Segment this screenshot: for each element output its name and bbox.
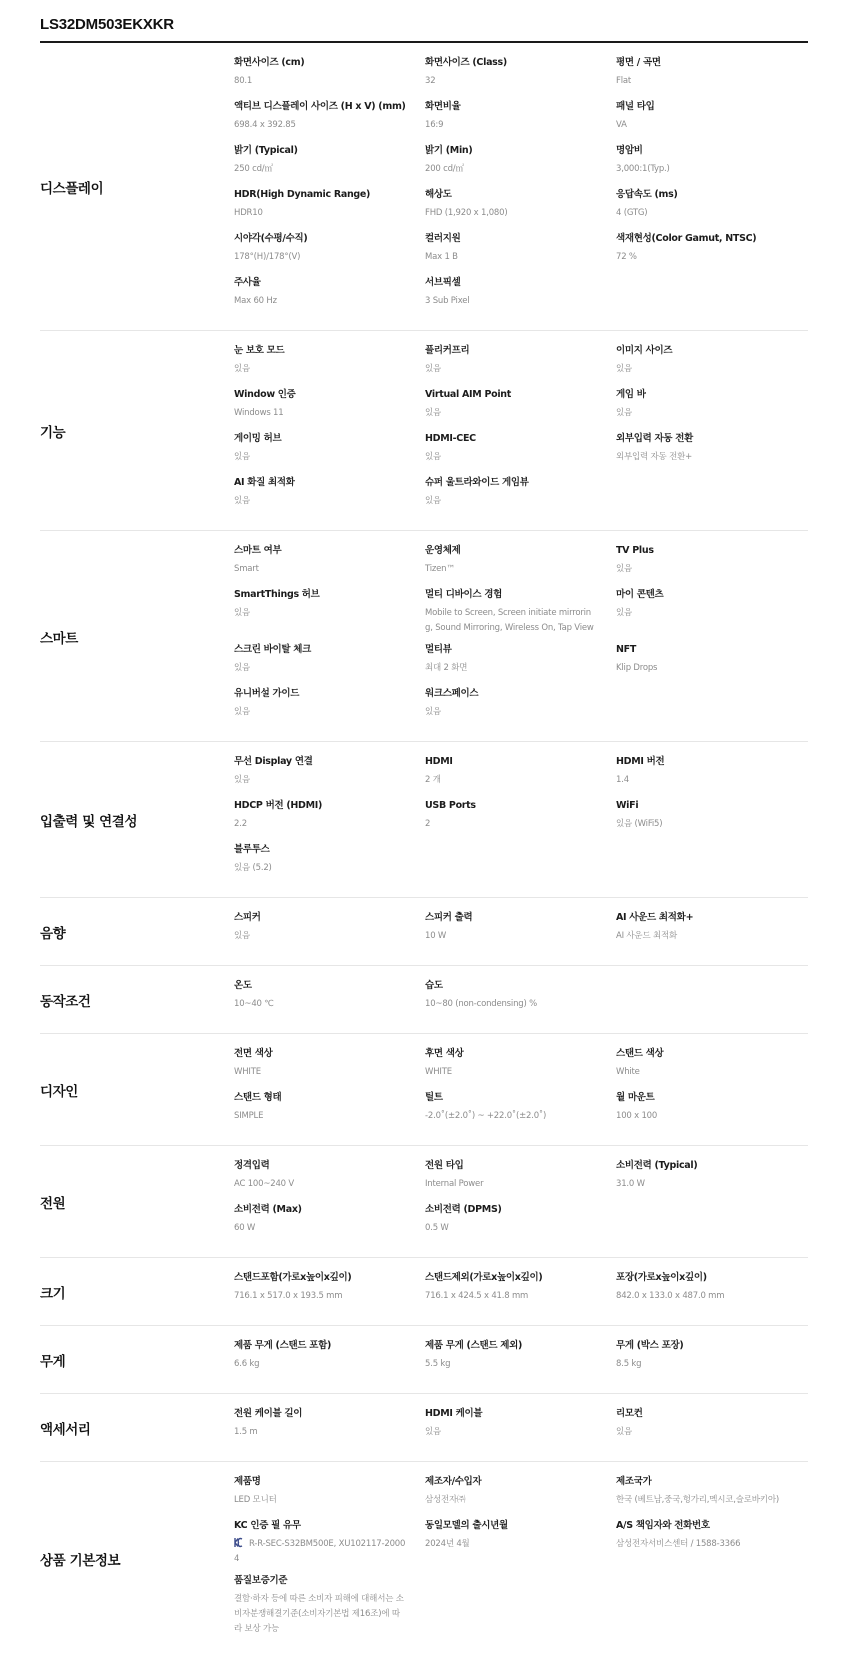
spec-item: 명암비3,000:1(Typ.) <box>616 143 808 187</box>
spec-label: 월 마운트 <box>616 1090 790 1105</box>
spec-value: 842.0 x 133.0 x 487.0 mm <box>616 1289 790 1304</box>
spec-value: 10~40 ℃ <box>234 997 407 1012</box>
spec-label: 워크스페이스 <box>425 686 598 701</box>
spec-item: AI 화질 최적화있음 <box>234 475 425 519</box>
spec-label: WiFi <box>616 798 790 813</box>
spec-item: 무게 (박스 포장)8.5 kg <box>616 1338 808 1382</box>
spec-value: 72 % <box>616 250 790 265</box>
spec-value: 있음 <box>616 606 790 621</box>
spec-value: Windows 11 <box>234 406 407 421</box>
spec-label: SmartThings 허브 <box>234 587 407 602</box>
spec-label: 시야각(수평/수직) <box>234 231 407 246</box>
spec-label: 소비전력 (DPMS) <box>425 1202 598 1217</box>
spec-label: 소비전력 (Typical) <box>616 1158 790 1173</box>
spec-label: 품질보증기준 <box>234 1573 407 1588</box>
spec-label: 슈퍼 울트라와이드 게임뷰 <box>425 475 598 490</box>
spec-item: 밝기 (Min)200 cd/㎡ <box>425 143 616 187</box>
spec-value: 2024년 4월 <box>425 1537 598 1552</box>
spec-value: 6.6 kg <box>234 1357 407 1372</box>
spec-value: 0.5 W <box>425 1221 598 1236</box>
spec-value: 5.5 kg <box>425 1357 598 1372</box>
spec-item: 스크린 바이탈 체크있음 <box>234 642 425 686</box>
spec-value: 있음 <box>425 705 598 720</box>
spec-value: Max 1 B <box>425 250 598 265</box>
spec-item: 온도10~40 ℃ <box>234 978 425 1022</box>
spec-section: 음향스피커있음스피커 출력10 WAI 사운드 최적화+AI 사운드 최적화 <box>40 898 808 966</box>
spec-value: -2.0˚(±2.0˚) ~ +22.0˚(±2.0˚) <box>425 1109 598 1124</box>
spec-value: 있음 <box>425 1425 598 1440</box>
spec-label: 스탠드 형태 <box>234 1090 407 1105</box>
section-heading: 기능 <box>40 343 234 519</box>
section-heading: 액세서리 <box>40 1406 234 1450</box>
spec-label: USB Ports <box>425 798 598 813</box>
spec-label: 멀티뷰 <box>425 642 598 657</box>
spec-item: 전면 색상WHITE <box>234 1046 425 1090</box>
spec-item: 외부입력 자동 전환외부입력 자동 전환+ <box>616 431 808 475</box>
spec-item: 화면사이즈 (Class)32 <box>425 55 616 99</box>
section-heading: 입출력 및 연결성 <box>40 754 234 886</box>
spec-grid: 스탠드포함(가로x높이x깊이)716.1 x 517.0 x 193.5 mm스… <box>234 1270 808 1314</box>
spec-item: 멀티뷰최대 2 화면 <box>425 642 616 686</box>
spec-label: 전원 케이블 길이 <box>234 1406 407 1421</box>
spec-item: 게임 바있음 <box>616 387 808 431</box>
spec-label: 마이 콘텐츠 <box>616 587 790 602</box>
spec-value: 있음 <box>234 362 407 377</box>
spec-item: A/S 책임자와 전화번호삼성전자서비스센터 / 1588-3366 <box>616 1518 808 1573</box>
model-title: LS32DM503EKXKR <box>40 0 808 41</box>
spec-label: HDMI-CEC <box>425 431 598 446</box>
spec-item: TV Plus있음 <box>616 543 808 587</box>
spec-value: 250 cd/㎡ <box>234 162 407 177</box>
spec-value: 4 (GTG) <box>616 206 790 221</box>
section-heading: 크기 <box>40 1270 234 1314</box>
spec-item: 서브픽셀3 Sub Pixel <box>425 275 616 319</box>
spec-item: HDMI2 개 <box>425 754 616 798</box>
spec-item: 플리커프리있음 <box>425 343 616 387</box>
spec-grid: 제품명LED 모니터제조자/수입자삼성전자㈜제조국가한국 (베트남,중국,헝가리… <box>234 1474 808 1643</box>
spec-value: 60 W <box>234 1221 407 1236</box>
spec-value: 10~80 (non-condensing) % <box>425 997 598 1012</box>
spec-item: 품질보증기준결함·하자 등에 따른 소비자 피해에 대해서는 소비자분쟁해결기준… <box>234 1573 425 1643</box>
spec-label: 스크린 바이탈 체크 <box>234 642 407 657</box>
spec-label: 유니버설 가이드 <box>234 686 407 701</box>
spec-label: 제품명 <box>234 1474 407 1489</box>
spec-label: 온도 <box>234 978 407 993</box>
spec-section: 디자인전면 색상WHITE후면 색상WHITE스탠드 색상White스탠드 형태… <box>40 1034 808 1146</box>
spec-item: 눈 보호 모드있음 <box>234 343 425 387</box>
spec-item: 해상도FHD (1,920 x 1,080) <box>425 187 616 231</box>
spec-item: Window 인증Windows 11 <box>234 387 425 431</box>
spec-value: 16:9 <box>425 118 598 133</box>
spec-item: 정격입력AC 100~240 V <box>234 1158 425 1202</box>
spec-label: KC 인증 필 유무 <box>234 1518 407 1533</box>
spec-section: 입출력 및 연결성무선 Display 연결있음HDMI2 개HDMI 버전1.… <box>40 742 808 898</box>
spec-value: LED 모니터 <box>234 1493 407 1508</box>
spec-grid: 무선 Display 연결있음HDMI2 개HDMI 버전1.4HDCP 버전 … <box>234 754 808 886</box>
spec-item: 스피커있음 <box>234 910 425 954</box>
spec-value: SIMPLE <box>234 1109 407 1124</box>
spec-label: HDMI <box>425 754 598 769</box>
spec-value: 200 cd/㎡ <box>425 162 598 177</box>
spec-value: White <box>616 1065 790 1080</box>
spec-item: 월 마운트100 x 100 <box>616 1090 808 1134</box>
spec-value: 있음 <box>234 661 407 676</box>
spec-value: 최대 2 화면 <box>425 661 598 676</box>
spec-item: 스탠드 색상White <box>616 1046 808 1090</box>
spec-value: 있음 <box>425 362 598 377</box>
spec-item: 전원 케이블 길이1.5 m <box>234 1406 425 1450</box>
spec-label: 스탠드포함(가로x높이x깊이) <box>234 1270 407 1285</box>
spec-label: 서브픽셀 <box>425 275 598 290</box>
spec-value: 있음 <box>234 773 407 788</box>
spec-value: 3 Sub Pixel <box>425 294 598 309</box>
spec-value: VA <box>616 118 790 133</box>
spec-label: 블루투스 <box>234 842 407 857</box>
spec-label: 화면비율 <box>425 99 598 114</box>
spec-value: 있음 <box>616 562 790 577</box>
spec-label: 액티브 디스플레이 사이즈 (H x V) (mm) <box>234 99 407 114</box>
spec-label: 플리커프리 <box>425 343 598 358</box>
spec-value: FHD (1,920 x 1,080) <box>425 206 598 221</box>
spec-value: Klip Drops <box>616 661 790 676</box>
spec-value: 178°(H)/178°(V) <box>234 250 407 265</box>
spec-label: 스피커 <box>234 910 407 925</box>
spec-grid: 스피커있음스피커 출력10 WAI 사운드 최적화+AI 사운드 최적화 <box>234 910 808 954</box>
spec-value: 2.2 <box>234 817 407 832</box>
spec-value: WHITE <box>425 1065 598 1080</box>
spec-value: 8.5 kg <box>616 1357 790 1372</box>
spec-item: SmartThings 허브있음 <box>234 587 425 642</box>
spec-item: 액티브 디스플레이 사이즈 (H x V) (mm)698.4 x 392.85 <box>234 99 425 143</box>
spec-label: 스마트 여부 <box>234 543 407 558</box>
spec-label: 컬러지원 <box>425 231 598 246</box>
section-heading: 동작조건 <box>40 978 234 1022</box>
spec-item: 제조국가한국 (베트남,중국,헝가리,멕시코,슬로바키아) <box>616 1474 808 1518</box>
spec-item: 틸트-2.0˚(±2.0˚) ~ +22.0˚(±2.0˚) <box>425 1090 616 1134</box>
spec-label: 전원 타입 <box>425 1158 598 1173</box>
spec-value: Mobile to Screen, Screen initiate mirror… <box>425 606 598 636</box>
spec-label: 동일모델의 출시년월 <box>425 1518 598 1533</box>
spec-value: 있음 <box>234 494 407 509</box>
spec-label: 색재현성(Color Gamut, NTSC) <box>616 231 790 246</box>
spec-item: 전원 타입Internal Power <box>425 1158 616 1202</box>
spec-value: WHITE <box>234 1065 407 1080</box>
spec-value: 716.1 x 517.0 x 193.5 mm <box>234 1289 407 1304</box>
spec-label: HDMI 버전 <box>616 754 790 769</box>
spec-value: 있음 (5.2) <box>234 861 407 876</box>
spec-item: 리모컨있음 <box>616 1406 808 1450</box>
spec-value: 삼성전자㈜ <box>425 1493 598 1508</box>
spec-value: 있음 <box>234 606 407 621</box>
spec-item: AI 사운드 최적화+AI 사운드 최적화 <box>616 910 808 954</box>
spec-label: AI 화질 최적화 <box>234 475 407 490</box>
spec-item: 동일모델의 출시년월2024년 4월 <box>425 1518 616 1573</box>
spec-item: HDMI-CEC있음 <box>425 431 616 475</box>
spec-label: 눈 보호 모드 <box>234 343 407 358</box>
spec-item: 소비전력 (Typical)31.0 W <box>616 1158 808 1202</box>
spec-label: 화면사이즈 (Class) <box>425 55 598 70</box>
spec-section: 크기스탠드포함(가로x높이x깊이)716.1 x 517.0 x 193.5 m… <box>40 1258 808 1326</box>
spec-item: 제조자/수입자삼성전자㈜ <box>425 1474 616 1518</box>
spec-label: 포장(가로x높이x깊이) <box>616 1270 790 1285</box>
spec-sheet: LS32DM503EKXKR 디스플레이화면사이즈 (cm)80.1화면사이즈 … <box>40 0 808 1654</box>
spec-label: 평면 / 곡면 <box>616 55 790 70</box>
spec-label: 운영체제 <box>425 543 598 558</box>
spec-item: 후면 색상WHITE <box>425 1046 616 1090</box>
spec-item: NFTKlip Drops <box>616 642 808 686</box>
spec-section: 기능눈 보호 모드있음플리커프리있음이미지 사이즈있음Window 인증Wind… <box>40 331 808 531</box>
spec-value: 있음 <box>616 1425 790 1440</box>
spec-item: 화면사이즈 (cm)80.1 <box>234 55 425 99</box>
spec-label: 무선 Display 연결 <box>234 754 407 769</box>
spec-item: HDMI 버전1.4 <box>616 754 808 798</box>
spec-label: 게이밍 허브 <box>234 431 407 446</box>
spec-value: 삼성전자서비스센터 / 1588-3366 <box>616 1537 790 1552</box>
spec-value: 2 <box>425 817 598 832</box>
spec-item: 응답속도 (ms)4 (GTG) <box>616 187 808 231</box>
spec-item: 주사율Max 60 Hz <box>234 275 425 319</box>
spec-label: NFT <box>616 642 790 657</box>
spec-item: 멀티 디바이스 경험Mobile to Screen, Screen initi… <box>425 587 616 642</box>
spec-item: HDR(High Dynamic Range)HDR10 <box>234 187 425 231</box>
spec-value: Internal Power <box>425 1177 598 1192</box>
spec-label: HDR(High Dynamic Range) <box>234 187 407 202</box>
spec-item: 블루투스있음 (5.2) <box>234 842 425 886</box>
spec-item: 스탠드 형태SIMPLE <box>234 1090 425 1134</box>
spec-section: 전원정격입력AC 100~240 V전원 타입Internal Power소비전… <box>40 1146 808 1258</box>
spec-value: 1.5 m <box>234 1425 407 1440</box>
spec-value: 있음 <box>425 406 598 421</box>
spec-label: Virtual AIM Point <box>425 387 598 402</box>
spec-value: 외부입력 자동 전환+ <box>616 450 790 465</box>
spec-item: 시야각(수평/수직)178°(H)/178°(V) <box>234 231 425 275</box>
spec-item: 패널 타입VA <box>616 99 808 143</box>
spec-grid: 전원 케이블 길이1.5 mHDMI 케이블있음리모컨있음 <box>234 1406 808 1450</box>
section-heading: 상품 기본정보 <box>40 1474 234 1643</box>
spec-grid: 화면사이즈 (cm)80.1화면사이즈 (Class)32평면 / 곡면Flat… <box>234 55 808 319</box>
spec-label: 스탠드 색상 <box>616 1046 790 1061</box>
spec-label: 응답속도 (ms) <box>616 187 790 202</box>
spec-item: 제품 무게 (스탠드 제외)5.5 kg <box>425 1338 616 1382</box>
spec-value: 1.4 <box>616 773 790 788</box>
spec-item: 운영체제Tizen™ <box>425 543 616 587</box>
spec-item: 화면비율16:9 <box>425 99 616 143</box>
spec-item: 포장(가로x높이x깊이)842.0 x 133.0 x 487.0 mm <box>616 1270 808 1314</box>
spec-value: HDR10 <box>234 206 407 221</box>
spec-label: 밝기 (Typical) <box>234 143 407 158</box>
spec-item: HDCP 버전 (HDMI)2.2 <box>234 798 425 842</box>
spec-label: 정격입력 <box>234 1158 407 1173</box>
spec-label: 제조국가 <box>616 1474 790 1489</box>
spec-item: 습도10~80 (non-condensing) % <box>425 978 616 1022</box>
spec-item: 스탠드포함(가로x높이x깊이)716.1 x 517.0 x 193.5 mm <box>234 1270 425 1314</box>
spec-label: A/S 책임자와 전화번호 <box>616 1518 790 1533</box>
spec-label: 습도 <box>425 978 598 993</box>
spec-item: USB Ports2 <box>425 798 616 842</box>
spec-value: Max 60 Hz <box>234 294 407 309</box>
spec-label: AI 사운드 최적화+ <box>616 910 790 925</box>
spec-item: 제품 무게 (스탠드 포함)6.6 kg <box>234 1338 425 1382</box>
spec-value: 698.4 x 392.85 <box>234 118 407 133</box>
spec-item: KC 인증 필 유무R-R-SEC-S32BM500E, XU102117-20… <box>234 1518 425 1573</box>
spec-item: 평면 / 곡면Flat <box>616 55 808 99</box>
spec-grid: 눈 보호 모드있음플리커프리있음이미지 사이즈있음Window 인증Window… <box>234 343 808 519</box>
spec-value: 31.0 W <box>616 1177 790 1192</box>
spec-value: Tizen™ <box>425 562 598 577</box>
spec-value: 있음 <box>425 450 598 465</box>
spec-section: 무게제품 무게 (스탠드 포함)6.6 kg제품 무게 (스탠드 제외)5.5 … <box>40 1326 808 1394</box>
spec-section: 디스플레이화면사이즈 (cm)80.1화면사이즈 (Class)32평면 / 곡… <box>40 43 808 331</box>
spec-label: Window 인증 <box>234 387 407 402</box>
spec-label: 스피커 출력 <box>425 910 598 925</box>
spec-item: Virtual AIM Point있음 <box>425 387 616 431</box>
section-heading: 전원 <box>40 1158 234 1246</box>
spec-label: 이미지 사이즈 <box>616 343 790 358</box>
spec-item: 소비전력 (Max)60 W <box>234 1202 425 1246</box>
spec-value: 있음 (WiFi5) <box>616 817 790 832</box>
spec-item: 슈퍼 울트라와이드 게임뷰있음 <box>425 475 616 519</box>
spec-item: HDMI 케이블있음 <box>425 1406 616 1450</box>
spec-label: 틸트 <box>425 1090 598 1105</box>
spec-item: 색재현성(Color Gamut, NTSC)72 % <box>616 231 808 275</box>
spec-value: 80.1 <box>234 74 407 89</box>
spec-value: R-R-SEC-S32BM500E, XU102117-20004 <box>234 1537 407 1567</box>
spec-item: 스마트 여부Smart <box>234 543 425 587</box>
spec-label: 외부입력 자동 전환 <box>616 431 790 446</box>
section-heading: 스마트 <box>40 543 234 730</box>
spec-label: 멀티 디바이스 경험 <box>425 587 598 602</box>
spec-label: 화면사이즈 (cm) <box>234 55 407 70</box>
spec-grid: 스마트 여부Smart운영체제Tizen™TV Plus있음SmartThing… <box>234 543 808 730</box>
section-heading: 디자인 <box>40 1046 234 1134</box>
spec-item: 스탠드제외(가로x높이x깊이)716.1 x 424.5 x 41.8 mm <box>425 1270 616 1314</box>
spec-value: 3,000:1(Typ.) <box>616 162 790 177</box>
spec-label: HDCP 버전 (HDMI) <box>234 798 407 813</box>
section-heading: 음향 <box>40 910 234 954</box>
spec-label: 명암비 <box>616 143 790 158</box>
spec-item: WiFi있음 (WiFi5) <box>616 798 808 842</box>
spec-label: 후면 색상 <box>425 1046 598 1061</box>
spec-item: 유니버설 가이드있음 <box>234 686 425 730</box>
spec-value: 32 <box>425 74 598 89</box>
spec-value: 있음 <box>234 705 407 720</box>
spec-item: 워크스페이스있음 <box>425 686 616 730</box>
spec-value: 716.1 x 424.5 x 41.8 mm <box>425 1289 598 1304</box>
spec-item: 마이 콘텐츠있음 <box>616 587 808 642</box>
spec-label: 스탠드제외(가로x높이x깊이) <box>425 1270 598 1285</box>
spec-label: 주사율 <box>234 275 407 290</box>
spec-value: Smart <box>234 562 407 577</box>
spec-section: 스마트스마트 여부Smart운영체제Tizen™TV Plus있음SmartTh… <box>40 531 808 742</box>
spec-label: 리모컨 <box>616 1406 790 1421</box>
spec-item: 컬러지원Max 1 B <box>425 231 616 275</box>
spec-value: 2 개 <box>425 773 598 788</box>
spec-item: 이미지 사이즈있음 <box>616 343 808 387</box>
spec-label: 제품 무게 (스탠드 포함) <box>234 1338 407 1353</box>
spec-label: 해상도 <box>425 187 598 202</box>
spec-value: AC 100~240 V <box>234 1177 407 1192</box>
spec-label: 제품 무게 (스탠드 제외) <box>425 1338 598 1353</box>
spec-label: 소비전력 (Max) <box>234 1202 407 1217</box>
spec-item: 스피커 출력10 W <box>425 910 616 954</box>
spec-grid: 온도10~40 ℃습도10~80 (non-condensing) % <box>234 978 808 1022</box>
spec-value: 있음 <box>616 406 790 421</box>
spec-sections: 디스플레이화면사이즈 (cm)80.1화면사이즈 (Class)32평면 / 곡… <box>40 43 808 1654</box>
spec-value: 결함·하자 등에 따른 소비자 피해에 대해서는 소비자분쟁해결기준(소비자기본… <box>234 1592 407 1637</box>
spec-grid: 전면 색상WHITE후면 색상WHITE스탠드 색상White스탠드 형태SIM… <box>234 1046 808 1134</box>
spec-label: 밝기 (Min) <box>425 143 598 158</box>
spec-label: TV Plus <box>616 543 790 558</box>
spec-value: Flat <box>616 74 790 89</box>
spec-section: 액세서리전원 케이블 길이1.5 mHDMI 케이블있음리모컨있음 <box>40 1394 808 1462</box>
spec-section: 상품 기본정보제품명LED 모니터제조자/수입자삼성전자㈜제조국가한국 (베트남… <box>40 1462 808 1654</box>
spec-item: 제품명LED 모니터 <box>234 1474 425 1518</box>
spec-value: 한국 (베트남,중국,헝가리,멕시코,슬로바키아) <box>616 1493 790 1508</box>
spec-label: 제조자/수입자 <box>425 1474 598 1489</box>
spec-item: 밝기 (Typical)250 cd/㎡ <box>234 143 425 187</box>
spec-value: 있음 <box>616 362 790 377</box>
spec-item: 무선 Display 연결있음 <box>234 754 425 798</box>
spec-value: 100 x 100 <box>616 1109 790 1124</box>
spec-grid: 제품 무게 (스탠드 포함)6.6 kg제품 무게 (스탠드 제외)5.5 kg… <box>234 1338 808 1382</box>
spec-label: 패널 타입 <box>616 99 790 114</box>
spec-value-text: R-R-SEC-S32BM500E, XU102117-20004 <box>234 1539 405 1564</box>
spec-value: 10 W <box>425 929 598 944</box>
spec-value: 있음 <box>234 450 407 465</box>
spec-value: AI 사운드 최적화 <box>616 929 790 944</box>
section-heading: 무게 <box>40 1338 234 1382</box>
spec-item: 게이밍 허브있음 <box>234 431 425 475</box>
spec-value: 있음 <box>425 494 598 509</box>
spec-item: 소비전력 (DPMS)0.5 W <box>425 1202 616 1246</box>
spec-label: 게임 바 <box>616 387 790 402</box>
section-heading: 디스플레이 <box>40 55 234 319</box>
spec-grid: 정격입력AC 100~240 V전원 타입Internal Power소비전력 … <box>234 1158 808 1246</box>
spec-label: 전면 색상 <box>234 1046 407 1061</box>
kc-certification-icon <box>234 1537 243 1548</box>
spec-label: 무게 (박스 포장) <box>616 1338 790 1353</box>
spec-label: HDMI 케이블 <box>425 1406 598 1421</box>
spec-value: 있음 <box>234 929 407 944</box>
spec-section: 동작조건온도10~40 ℃습도10~80 (non-condensing) % <box>40 966 808 1034</box>
